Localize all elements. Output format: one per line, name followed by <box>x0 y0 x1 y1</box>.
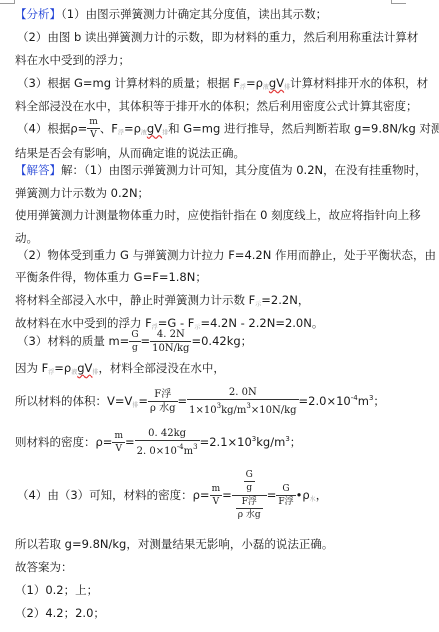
answer-line-3: 使用弹簧测力计测量物体重力时，应使指针指在 0 刻度线上，故应将指针向上移 <box>15 208 421 222</box>
answer-text: 动。 <box>15 231 38 245</box>
analysis-line-1: 【分析】（1）由图示弹簧测力计确定其分度值，读出其示数； <box>15 7 327 21</box>
answer-line-7: 将材料全部浸入水中，静止时弹簧测力计示数 F示=2.2N， <box>15 293 309 312</box>
analysis-text: 料在水中受到的浮力； <box>15 53 130 67</box>
numerator: 0. 42kg <box>135 428 200 441</box>
analysis-line-2: （2）由图 b 读出弹簧测力计的示数，即为材料的重力，然后利用称重法计算材 <box>17 30 418 44</box>
denominator: 2. 0×10-4m3 <box>135 441 200 458</box>
numerator: m <box>87 116 100 129</box>
answer-text: 故答案为： <box>15 560 73 574</box>
analysis-text: =ρ <box>124 122 141 136</box>
answer-line-13: （4）由（3）可知，材料的密度：ρ=mV=GgF浮ρ 水g=GF浮•ρ水， <box>17 465 327 530</box>
equals: = <box>178 394 188 408</box>
page-corner-mark-right <box>391 0 406 4</box>
answer-text: m <box>358 394 369 408</box>
answer-text: （2）4.2；2.0； <box>15 606 105 620</box>
fraction-fbuoy-over-rho-g: F浮ρ 水g <box>236 496 263 522</box>
denominator-part: kg/m <box>221 405 246 416</box>
denominator: g <box>244 482 255 495</box>
answer-label: 【解答】 <box>15 163 61 177</box>
numerator: m <box>210 483 223 496</box>
answer-text: 解：（1）由图示弹簧测力计可知，其分度值为 0.2N，在没有挂重物时， <box>61 163 427 177</box>
denominator: V <box>112 443 125 456</box>
numerator: 4. 2N <box>150 329 191 342</box>
fraction-m-over-v: mV <box>87 116 100 142</box>
numerator: 2. 0N <box>187 387 298 400</box>
answer-text: =2.0×10 <box>299 394 351 408</box>
answer-line-4: 动。 <box>15 231 38 245</box>
denominator-part: m <box>184 446 193 457</box>
denominator: 1×103kg/m3×10N/kg <box>187 400 298 417</box>
answer-text: kg/m <box>256 435 285 449</box>
numerator: G <box>276 483 295 496</box>
equals: = <box>141 334 151 348</box>
denominator: V <box>87 129 100 142</box>
answer-text: ； <box>373 394 385 408</box>
spellcheck-underlined-text: gV <box>147 122 162 136</box>
answer-text: 因为 F <box>15 361 48 375</box>
answer-text: •ρ <box>296 488 310 502</box>
fraction-g-over-fbuoy: GF浮 <box>276 483 295 509</box>
answer-text: （2）物体受到重力 G 与弹簧测力计拉力 F=4.2N 作用而静止，处于平衡状态… <box>17 248 436 262</box>
answer-line-5: （2）物体受到重力 G 与弹簧测力计拉力 F=4.2N 作用而静止，处于平衡状态… <box>17 248 436 262</box>
answer-text: =ρ <box>54 361 71 375</box>
numerator: G <box>129 329 140 342</box>
analysis-line-4: （3）根据 G=mg 计算材料的质量；根据 F浮=ρ液gV排计算材料排开水的体积… <box>17 76 428 95</box>
fraction-g-over-g: Gg <box>244 469 255 495</box>
fraction-fbuoy-over-rho-g: F浮ρ 水g <box>148 389 177 415</box>
analysis-line-7: 结果是否会有影响，从而确定谁的说法正确。 <box>15 146 245 160</box>
page-corner-mark-left <box>0 0 15 4</box>
analysis-text: 计算材料排开水的体积，材 <box>290 76 428 90</box>
denominator: 10N/kg <box>150 342 191 355</box>
compound-denominator: F浮ρ 水g <box>232 496 267 522</box>
analysis-text: =ρ <box>246 76 263 90</box>
answer-text: =0.42kg； <box>191 334 252 348</box>
fraction-density: 0. 42kg2. 0×10-4m3 <box>135 428 200 458</box>
denominator: g <box>129 342 140 355</box>
compound-fraction: GgF浮ρ 水g <box>232 469 267 522</box>
analysis-text: （1）由图示弹簧测力计确定其分度值，读出其示数； <box>61 7 327 21</box>
answer-text: 使用弹簧测力计测量物体重力时，应使指针指在 0 刻度线上，故应将指针向上移 <box>15 208 421 222</box>
answer-text: 所以材料的体积：V=V <box>15 394 132 408</box>
superscript: -4 <box>177 443 184 451</box>
superscript: -4 <box>351 394 358 402</box>
fraction-m-over-v: mV <box>112 430 125 456</box>
numerator: G <box>244 469 255 482</box>
denominator: ρ 水g <box>148 402 177 415</box>
answer-line-9: （3）材料的质量 m=Gg=4. 2N10N/kg=0.42kg； <box>17 328 252 355</box>
analysis-text: 、F <box>100 122 118 136</box>
answer-line-12: 则材料的密度：ρ=mV=0. 42kg2. 0×10-4m3=2.1×103kg… <box>15 425 301 458</box>
numerator: m <box>112 430 125 443</box>
denominator: F浮 <box>276 496 295 509</box>
analysis-text: （4）根据ρ= <box>17 122 87 136</box>
fraction-m-over-v: mV <box>210 483 223 509</box>
numerator: F浮 <box>236 496 263 509</box>
fraction-mass: 4. 2N10N/kg <box>150 329 191 355</box>
answer-text: （1）0.2；上； <box>15 583 98 597</box>
denominator-part: 1×10 <box>189 405 216 416</box>
answer-text: ； <box>290 435 302 449</box>
superscript: 3 <box>193 443 197 451</box>
analysis-line-5: 料全部浸没在水中，其体积等于排开水的体积；然后利用密度公式计算其密度； <box>15 99 418 113</box>
answer-line-10: 因为 F浮=ρ液gV排，材料全部浸没在水中， <box>15 361 225 380</box>
answer-text: 则材料的密度：ρ= <box>15 435 112 449</box>
denominator: ρ 水g <box>236 509 263 522</box>
analysis-text: （2）由图 b 读出弹簧测力计的示数，即为材料的重力，然后利用称重法计算材 <box>17 30 418 44</box>
answer-line-16: （1）0.2；上； <box>15 583 98 597</box>
answer-line-2: 弹簧测力计示数为 0.2N； <box>15 186 149 200</box>
analysis-text: 结果是否会有影响，从而确定谁的说法正确。 <box>15 146 245 160</box>
compound-numerator: Gg <box>232 469 267 496</box>
denominator: V <box>210 496 223 509</box>
analysis-line-3: 料在水中受到的浮力； <box>15 53 130 67</box>
answer-line-17: （2）4.2；2.0； <box>15 606 105 620</box>
analysis-line-6: （4）根据ρ=mV、F浮=ρ液gV排和 G=mg 进行推导，然后判断若取 g=9… <box>17 116 439 146</box>
fraction-g-over-g: Gg <box>129 329 140 355</box>
answer-text: （4）由（3）可知，材料的密度：ρ= <box>17 488 210 502</box>
answer-line-1: 【解答】解：（1）由图示弹簧测力计可知，其分度值为 0.2N，在没有挂重物时， <box>15 163 427 177</box>
answer-text: 所以若取 g=9.8N/kg，对测量结果无影响，小磊的说法正确。 <box>15 537 333 551</box>
answer-text: 弹簧测力计示数为 0.2N； <box>15 186 149 200</box>
analysis-text: 和 G=mg 进行推导，然后判断若取 g=9.8N/kg 对测量 <box>168 122 439 136</box>
answer-text: 平衡条件得，物体重力 G=F=1.8N； <box>15 270 207 284</box>
answer-line-6: 平衡条件得，物体重力 G=F=1.8N； <box>15 270 207 284</box>
denominator-part: 2. 0×10 <box>137 446 177 457</box>
spellcheck-underlined-text: gV <box>269 76 284 90</box>
answer-text: （3）材料的质量 m= <box>17 334 129 348</box>
spellcheck-underlined-text: gV <box>77 361 92 375</box>
answer-text: =2.1×10 <box>200 435 252 449</box>
answer-line-14: 所以若取 g=9.8N/kg，对测量结果无影响，小磊的说法正确。 <box>15 537 333 551</box>
answer-text: ，材料全部浸没在水中， <box>98 361 225 375</box>
answer-text: ， <box>316 488 328 502</box>
answer-line-11: 所以材料的体积：V=V排=F浮ρ 水g=2. 0N1×103kg/m3×10N/… <box>15 383 385 421</box>
answer-line-15: 故答案为： <box>15 560 73 574</box>
answer-text: =2.2N， <box>261 293 309 307</box>
numerator: F浮 <box>148 389 177 402</box>
denominator-part: ×10N/kg <box>251 405 297 416</box>
analysis-label: 【分析】 <box>15 7 61 21</box>
fraction-volume: 2. 0N1×103kg/m3×10N/kg <box>187 387 298 417</box>
analysis-text: （3）根据 G=mg 计算材料的质量；根据 F <box>17 76 240 90</box>
equals: = <box>138 394 148 408</box>
answer-text: 将材料全部浸入水中，静止时弹簧测力计示数 F <box>15 293 255 307</box>
analysis-text: 料全部浸没在水中，其体积等于排开水的体积；然后利用密度公式计算其密度； <box>15 99 418 113</box>
